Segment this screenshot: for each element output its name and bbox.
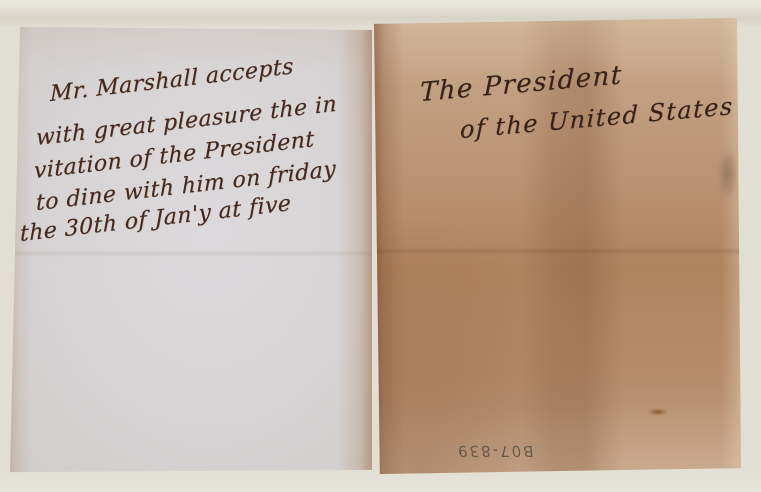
handwriting-line: Mr. Marshall accepts bbox=[50, 54, 294, 107]
fold-crease bbox=[10, 252, 372, 255]
left-page: Mr. Marshall accepts with great pleasure… bbox=[10, 26, 372, 473]
catalog-number: B07-839 bbox=[455, 442, 534, 460]
address-line: The President bbox=[420, 60, 623, 108]
letter-photograph: Mr. Marshall accepts with great pleasure… bbox=[0, 0, 761, 492]
fold-crease bbox=[374, 250, 741, 253]
right-page: The President of the United States B07-8… bbox=[374, 18, 741, 474]
ink-speck bbox=[648, 408, 668, 416]
smudge-stain bbox=[718, 146, 738, 201]
